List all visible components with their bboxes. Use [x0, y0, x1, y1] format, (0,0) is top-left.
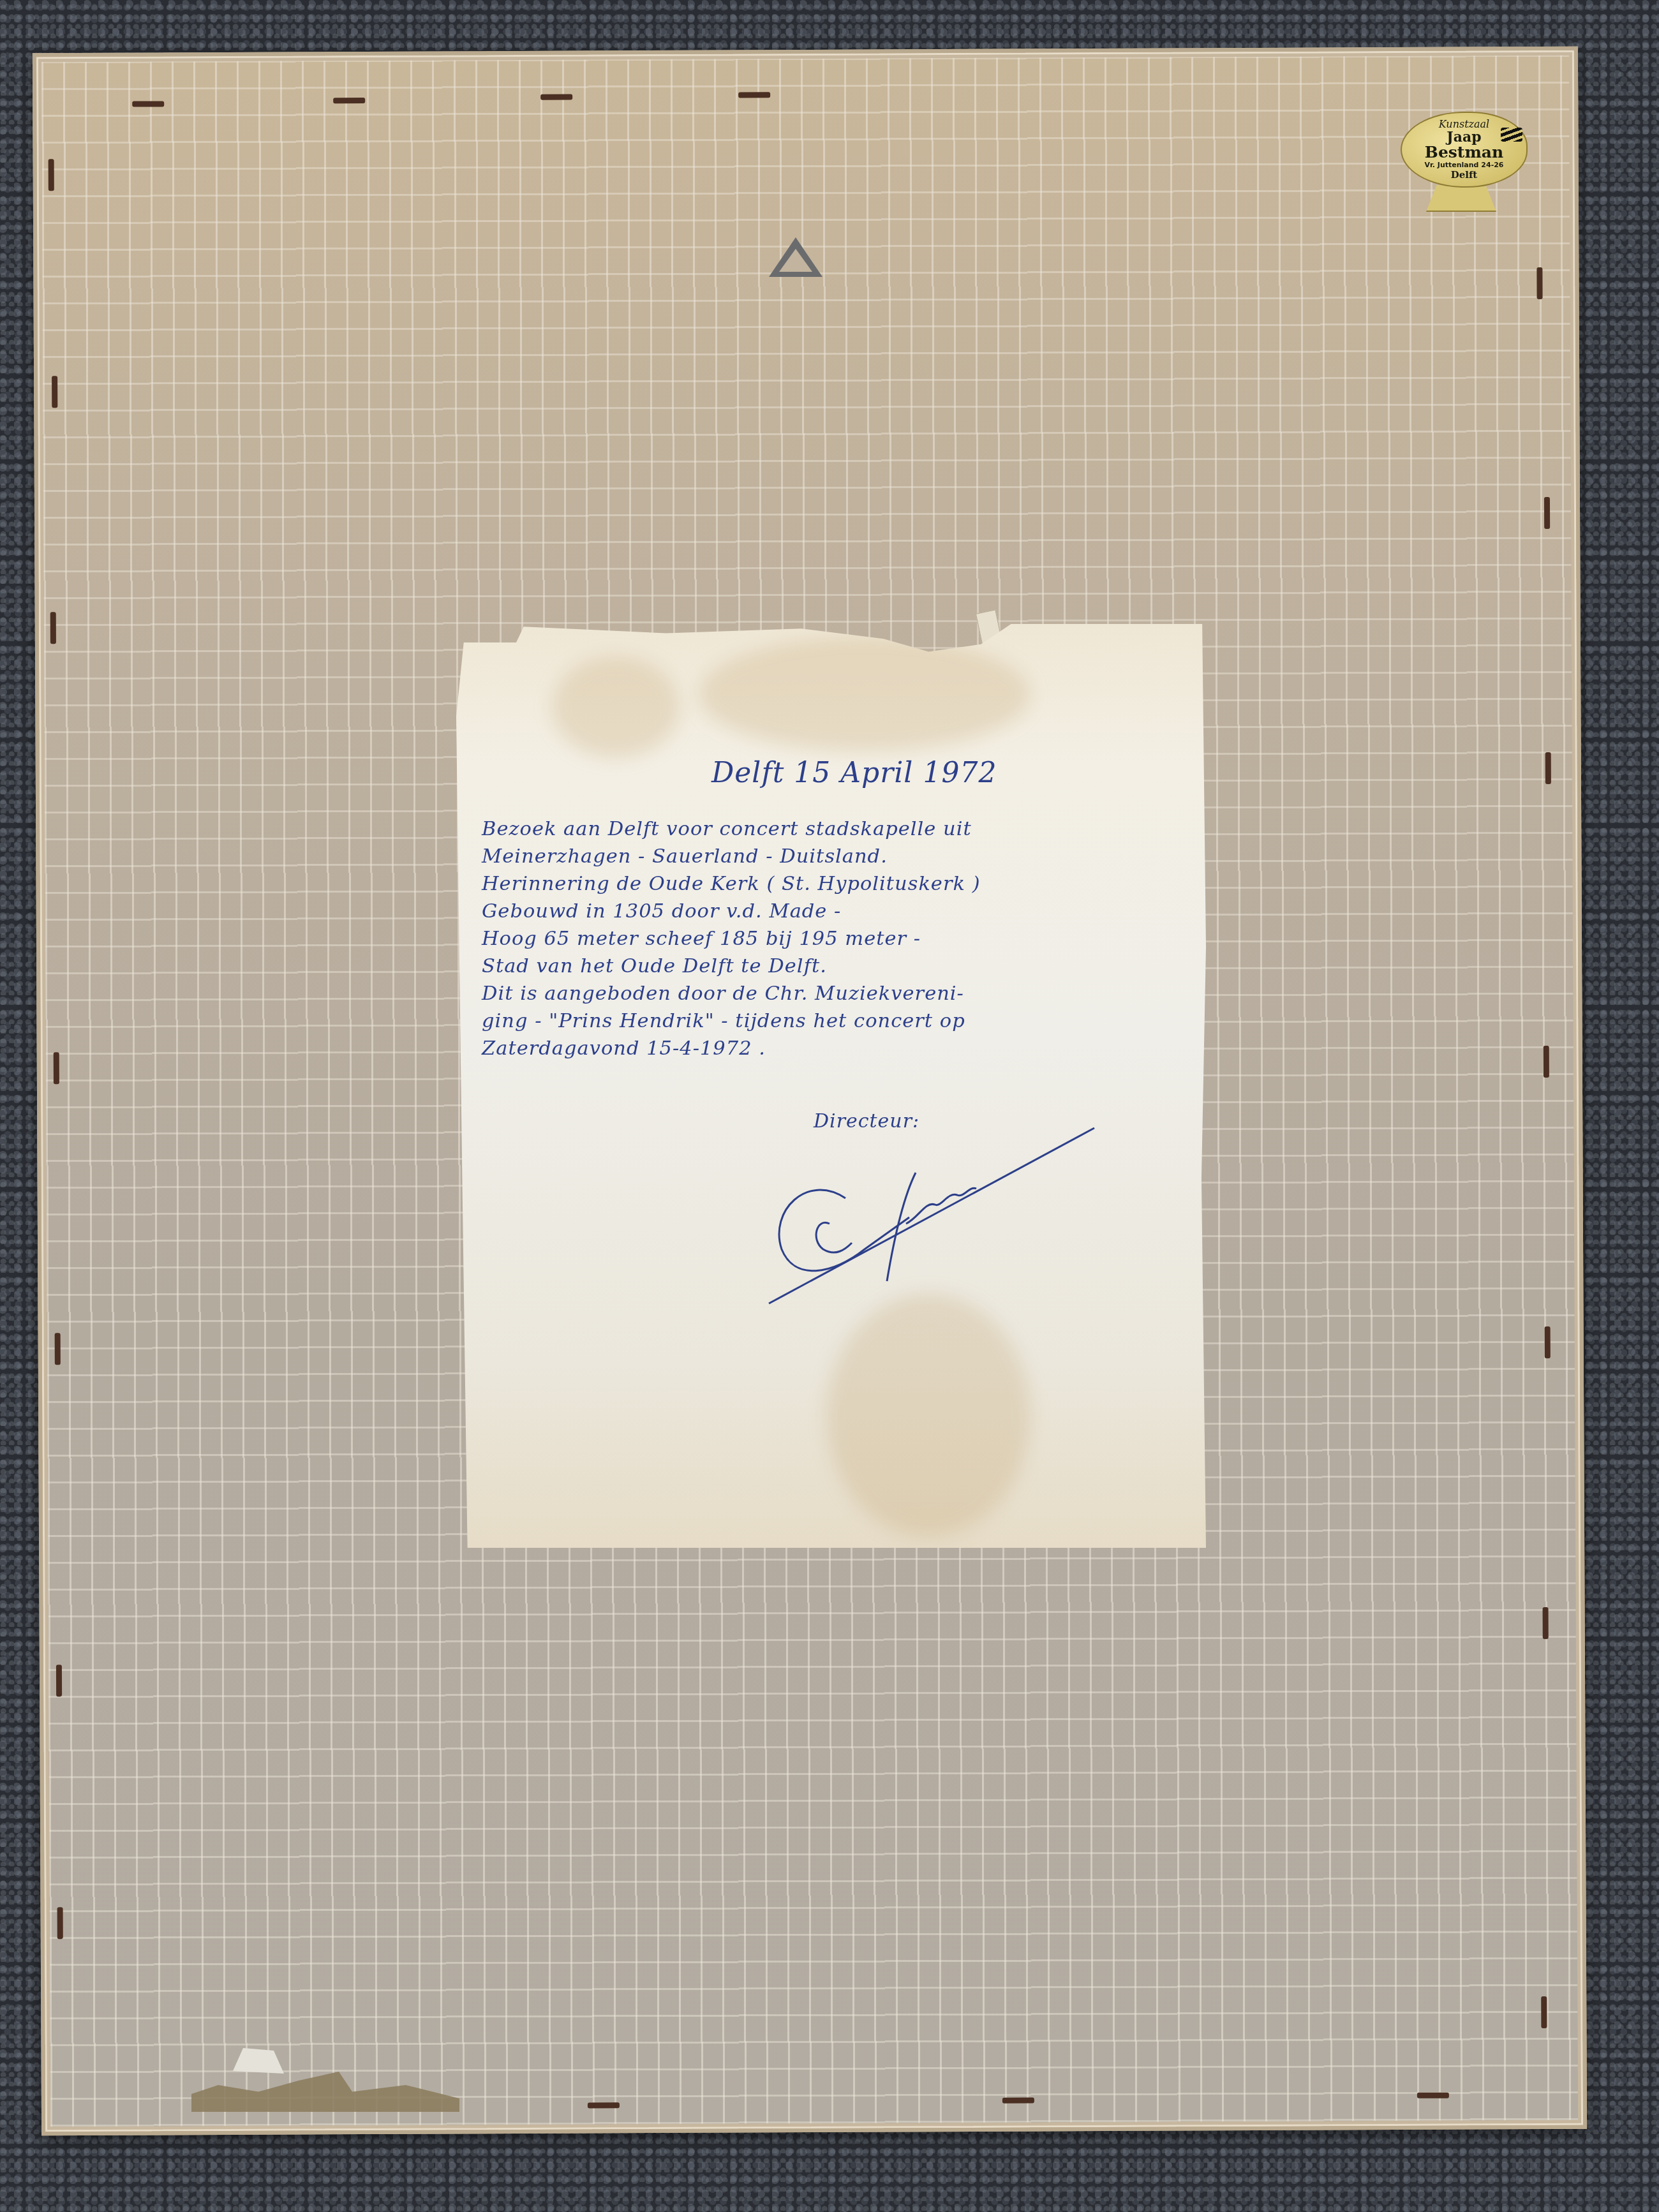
staple [54, 1052, 59, 1084]
staple [1545, 1326, 1551, 1358]
sticker-city: Delft [1402, 169, 1526, 181]
staple [48, 159, 54, 191]
staple [1544, 1046, 1549, 1078]
staple [588, 2102, 620, 2108]
note-line: Gebouwd in 1305 door v.d. Made - [482, 898, 981, 925]
note-body: Bezoek aan Delft voor concert stadskapel… [482, 815, 981, 1062]
paintbrush-icon [1501, 128, 1522, 142]
staple [738, 92, 770, 98]
note-line: ging - "Prins Hendrik" - tijdens het con… [482, 1007, 981, 1035]
handwritten-note: Delft 15 April 1972 Bezoek aan Delft voo… [456, 624, 1206, 1548]
note-line: Dit is aangeboden door de Chr. Muziekver… [482, 980, 981, 1007]
staple [132, 101, 164, 107]
staple [333, 98, 365, 103]
staple [1545, 752, 1551, 784]
note-date: Delft 15 April 1972 [711, 757, 997, 789]
note-line: Herinnering de Oude Kerk ( St. Hypolitus… [482, 870, 981, 898]
triangle-hanger-icon [769, 237, 822, 277]
staple [1541, 1996, 1547, 2028]
sticker-address: Vr. Juttenland 24-26 [1402, 161, 1526, 169]
staple [1536, 267, 1542, 299]
note-line: Stad van het Oude Delft te Delft. [482, 953, 981, 980]
stain [826, 1294, 1030, 1536]
staple [1002, 2097, 1034, 2103]
staple [1417, 2093, 1449, 2098]
easel-label-stand [1426, 185, 1496, 212]
note-line: Hoog 65 meter scheef 185 bij 195 meter - [482, 925, 981, 953]
note-line: Bezoek aan Delft voor concert stadskapel… [482, 815, 981, 843]
note-line: Meinerzhagen - Sauerland - Duitsland. [482, 843, 981, 870]
staple [1544, 497, 1550, 529]
staple [57, 1907, 63, 1939]
staple [540, 94, 572, 100]
stain [552, 656, 680, 758]
sticker-line-3: Bestman [1402, 144, 1526, 161]
gallery-sticker: Kunstzaal Jaap Bestman Vr. Juttenland 24… [1401, 112, 1528, 188]
staple [1543, 1607, 1549, 1639]
staple [52, 376, 57, 408]
signature-icon [756, 1122, 1113, 1313]
staple [50, 612, 56, 644]
staple [56, 1665, 62, 1696]
note-line: Zaterdagavond 15-4-1972 . [482, 1035, 981, 1062]
staple [55, 1333, 61, 1365]
stain [699, 637, 1030, 752]
